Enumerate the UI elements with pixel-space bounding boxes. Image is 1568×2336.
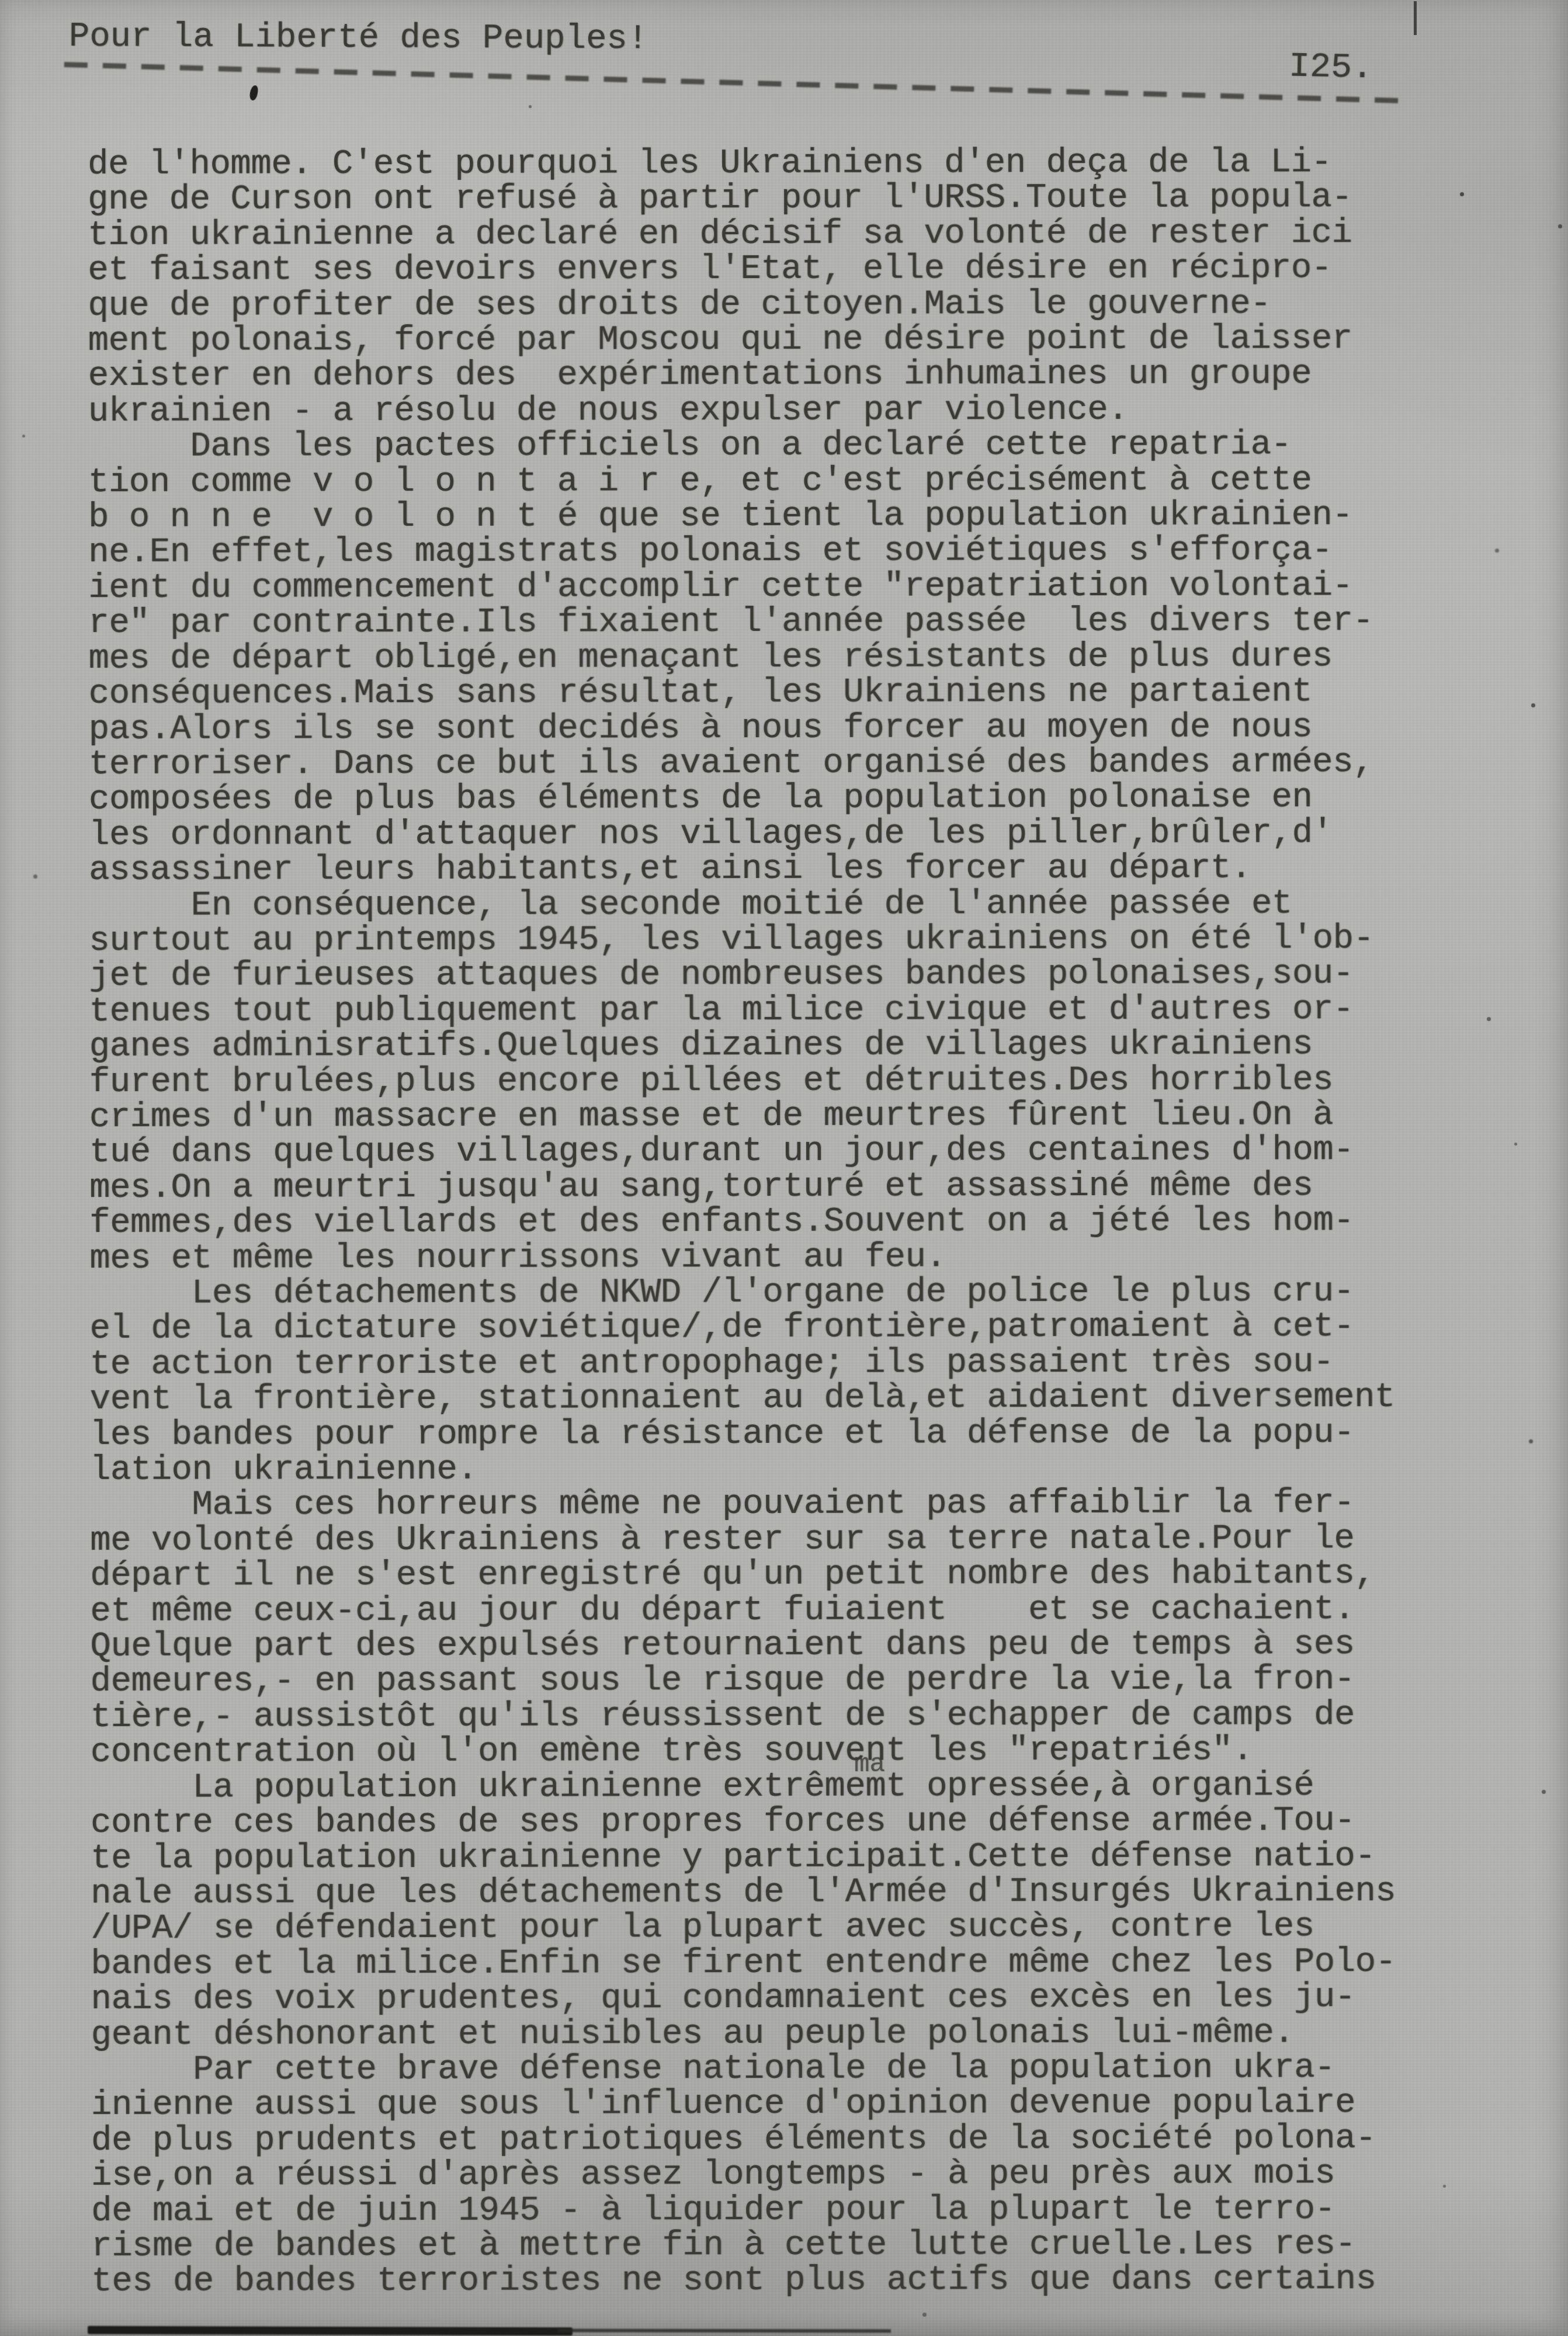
- scan-edge-mark: [1414, 1, 1417, 35]
- document-title: Pour la Liberté des Peuples!: [69, 19, 648, 57]
- dashed-underline: [64, 62, 1407, 103]
- paper-specks: [0, 0, 3, 3]
- scan-bottom-shadow: [88, 2326, 573, 2336]
- scanned-document-page: Pour la Liberté des Peuples! I25. de l'h…: [0, 0, 1568, 2336]
- scan-bottom-shadow-tail: [558, 2329, 891, 2333]
- ink-blot: [249, 85, 258, 101]
- overtype-correction: ma: [854, 1750, 885, 1779]
- page-number: I25.: [1288, 47, 1373, 88]
- document-body-text: de l'homme. C'est pourquoi les Ukrainien…: [88, 145, 1396, 2300]
